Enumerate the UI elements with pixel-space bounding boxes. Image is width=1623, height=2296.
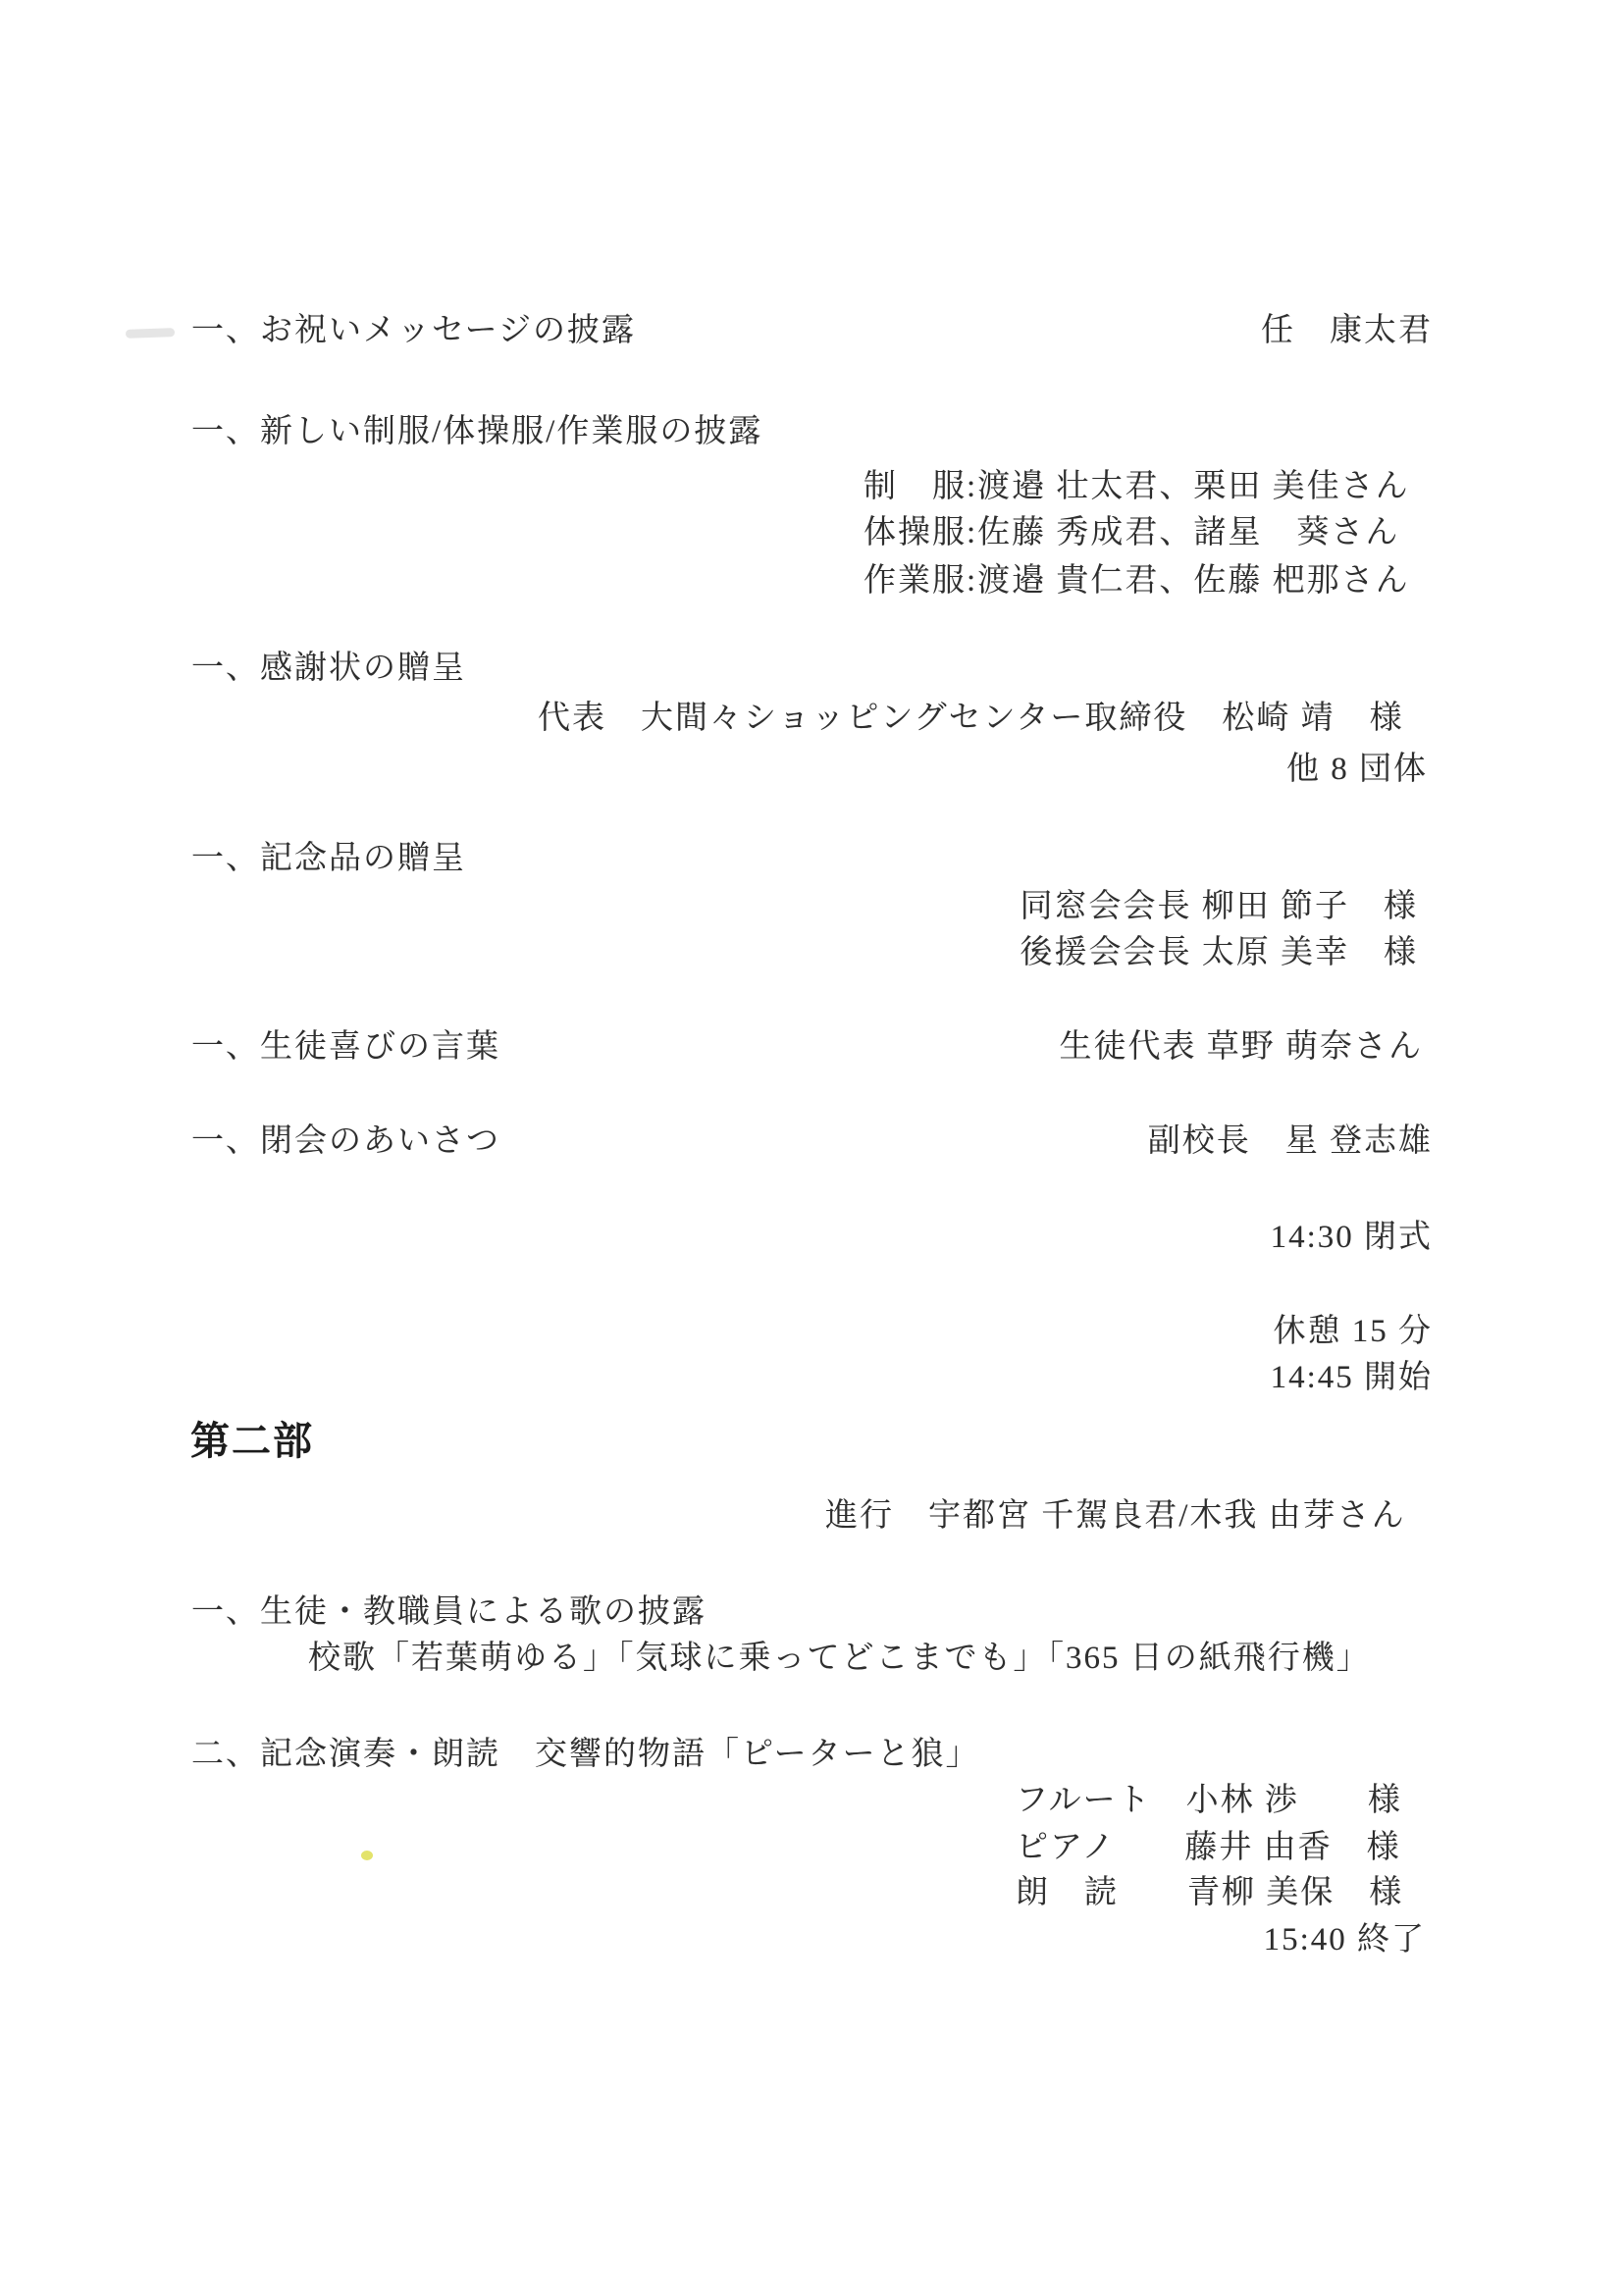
paper-speck-artifact xyxy=(361,1851,373,1860)
uniform-models-line: 作業服:渡邉 貴仁君、佐藤 杷那さん xyxy=(864,557,1410,604)
musician-line: フルート 小林 渉 様 xyxy=(1016,1777,1402,1824)
recipient-representative-line: 代表 大間々ショッピングセンター取締役 松崎 靖 様 xyxy=(538,695,1404,742)
program-item-title: 一、生徒・教職員による歌の披露 xyxy=(191,1589,707,1636)
part2-heading: 第二部 xyxy=(190,1418,314,1465)
program-item-title: 一、閉会のあいさつ xyxy=(191,1118,500,1165)
uniform-models-line: 制 服:渡邉 壮太君、栗田 美佳さん xyxy=(864,463,1410,510)
program-item-title: 一、感謝状の贈呈 xyxy=(191,645,466,692)
restart-time-note: 14:45 開始 xyxy=(1271,1354,1433,1401)
musician-line: ピアノ 藤井 由香 様 xyxy=(1016,1824,1401,1871)
performer-name: 生徒代表 草野 萌奈さん xyxy=(1060,1023,1424,1070)
scan-smudge-artifact xyxy=(126,328,175,339)
closing-time-note: 14:30 閉式 xyxy=(1271,1214,1433,1261)
moderator-line: 進行 宇都宮 千駕良君/木我 由芽さん xyxy=(825,1492,1406,1539)
presenter-line: 後援会会長 太原 美幸 様 xyxy=(1021,929,1419,976)
recipient-others-line: 他 8 団体 xyxy=(1286,746,1428,793)
document-page: 一、お祝いメッセージの披露 任 康太君 一、新しい制服/体操服/作業服の披露 制… xyxy=(0,0,1623,2296)
program-item-title: 一、生徒喜びの言葉 xyxy=(191,1023,500,1070)
program-item-title: 一、記念品の贈呈 xyxy=(191,835,466,882)
musician-line: 朗 読 青柳 美保 様 xyxy=(1016,1869,1403,1916)
presenter-line: 同窓会会長 柳田 節子 様 xyxy=(1021,883,1419,930)
song-list-line: 校歌「若葉萌ゆる」「気球に乗ってどこまでも」「365 日の紙飛行機」 xyxy=(308,1635,1371,1682)
performer-name: 副校長 星 登志雄 xyxy=(1148,1118,1433,1165)
end-time-note: 15:40 終了 xyxy=(1264,1916,1426,1963)
program-item-title: 二、記念演奏・朗読 交響的物語「ピーターと狼」 xyxy=(191,1731,980,1778)
program-item-title: 一、お祝いメッセージの披露 xyxy=(191,307,636,354)
break-note: 休憩 15 分 xyxy=(1274,1308,1434,1355)
performer-name: 任 康太君 xyxy=(1261,307,1433,354)
program-item-title: 一、新しい制服/体操服/作業服の披露 xyxy=(191,408,762,455)
uniform-models-line: 体操服:佐藤 秀成君、諸星 葵さん xyxy=(864,509,1399,556)
